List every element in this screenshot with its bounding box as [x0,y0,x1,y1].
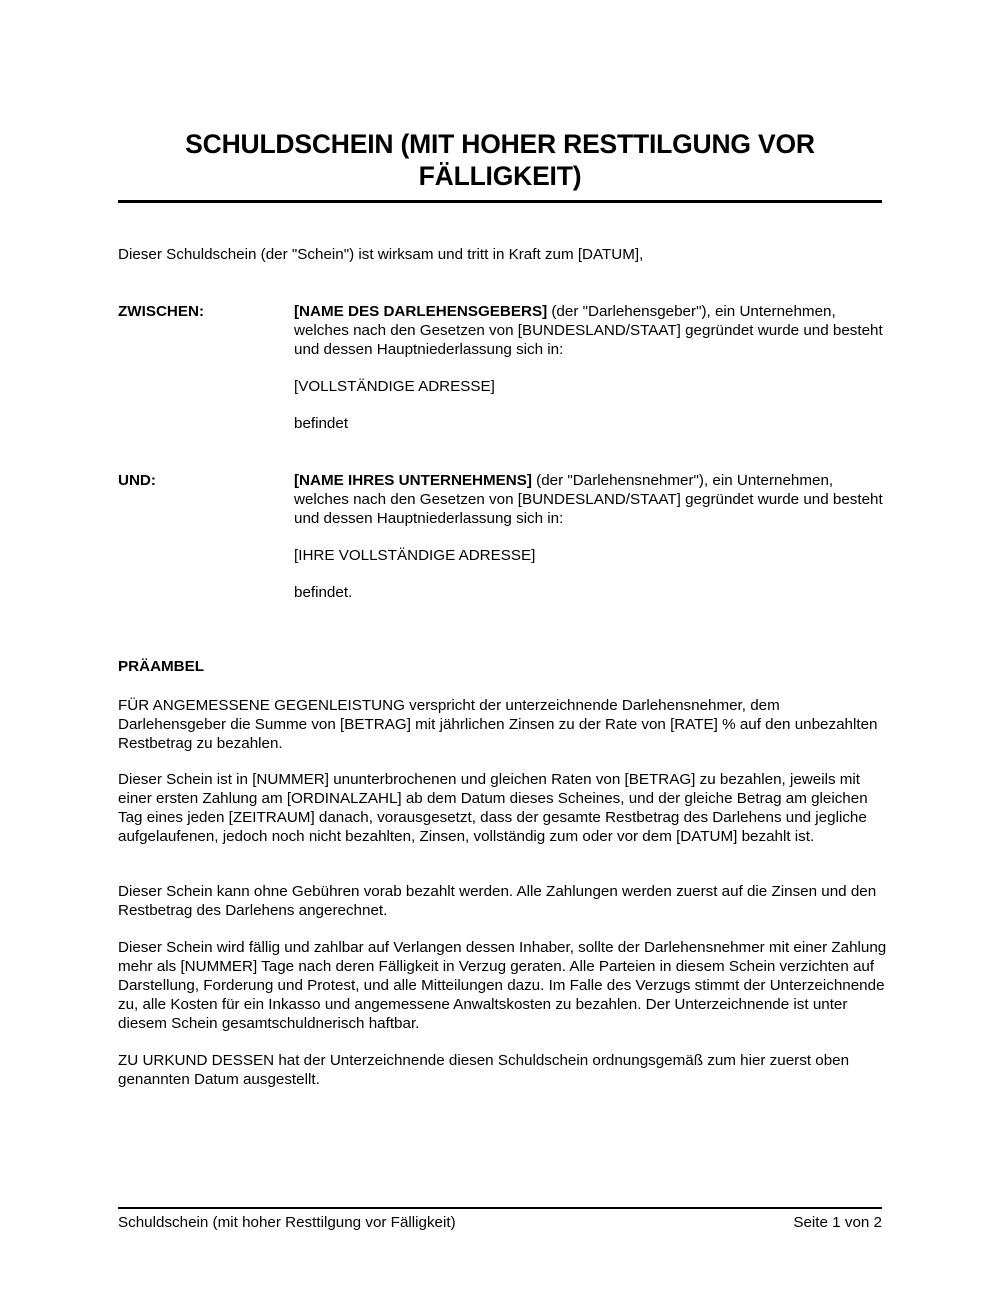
document-title: SCHULDSCHEIN (MIT HOHER RESTTILGUNG VOR … [118,128,882,192]
borrower-address: [IHRE VOLLSTÄNDIGE ADRESSE] [294,546,884,565]
borrower-name: [NAME IHRES UNTERNEHMENS] [294,472,532,489]
preamble-heading: PRÄAMBEL [118,657,204,676]
footer-divider [118,1207,882,1209]
paragraph-prepayment: Dieser Schein kann ohne Gebühren vorab b… [118,882,888,920]
lender-closing: befindet [294,414,884,433]
lender-address: [VOLLSTÄNDIGE ADRESSE] [294,377,884,396]
paragraph-consideration: FÜR ANGEMESSENE GEGENLEISTUNG verspricht… [118,696,888,753]
party-borrower-description: [NAME IHRES UNTERNEHMENS] (der "Darlehen… [294,471,884,528]
page-number: Seite 1 von 2 [793,1214,882,1231]
paragraph-installments: Dieser Schein ist in [NUMMER] ununterbro… [118,770,888,846]
party-label-lender: ZWISCHEN: [118,302,204,321]
party-lender: [NAME DES DARLEHENSGEBERS] (der "Darlehe… [294,302,884,451]
paragraph-witness: ZU URKUND DESSEN hat der Unterzeichnende… [118,1051,888,1089]
paragraph-default: Dieser Schein wird fällig und zahlbar au… [118,938,888,1033]
footer-title: Schuldschein (mit hoher Resttilgung vor … [118,1214,456,1231]
party-borrower: [NAME IHRES UNTERNEHMENS] (der "Darlehen… [294,471,884,620]
borrower-closing: befindet. [294,583,884,602]
title-divider [118,200,882,203]
lender-name: [NAME DES DARLEHENSGEBERS] [294,303,547,320]
party-lender-description: [NAME DES DARLEHENSGEBERS] (der "Darlehe… [294,302,884,359]
party-label-borrower: UND: [118,471,156,490]
intro-paragraph: Dieser Schuldschein (der "Schein") ist w… [118,245,882,264]
